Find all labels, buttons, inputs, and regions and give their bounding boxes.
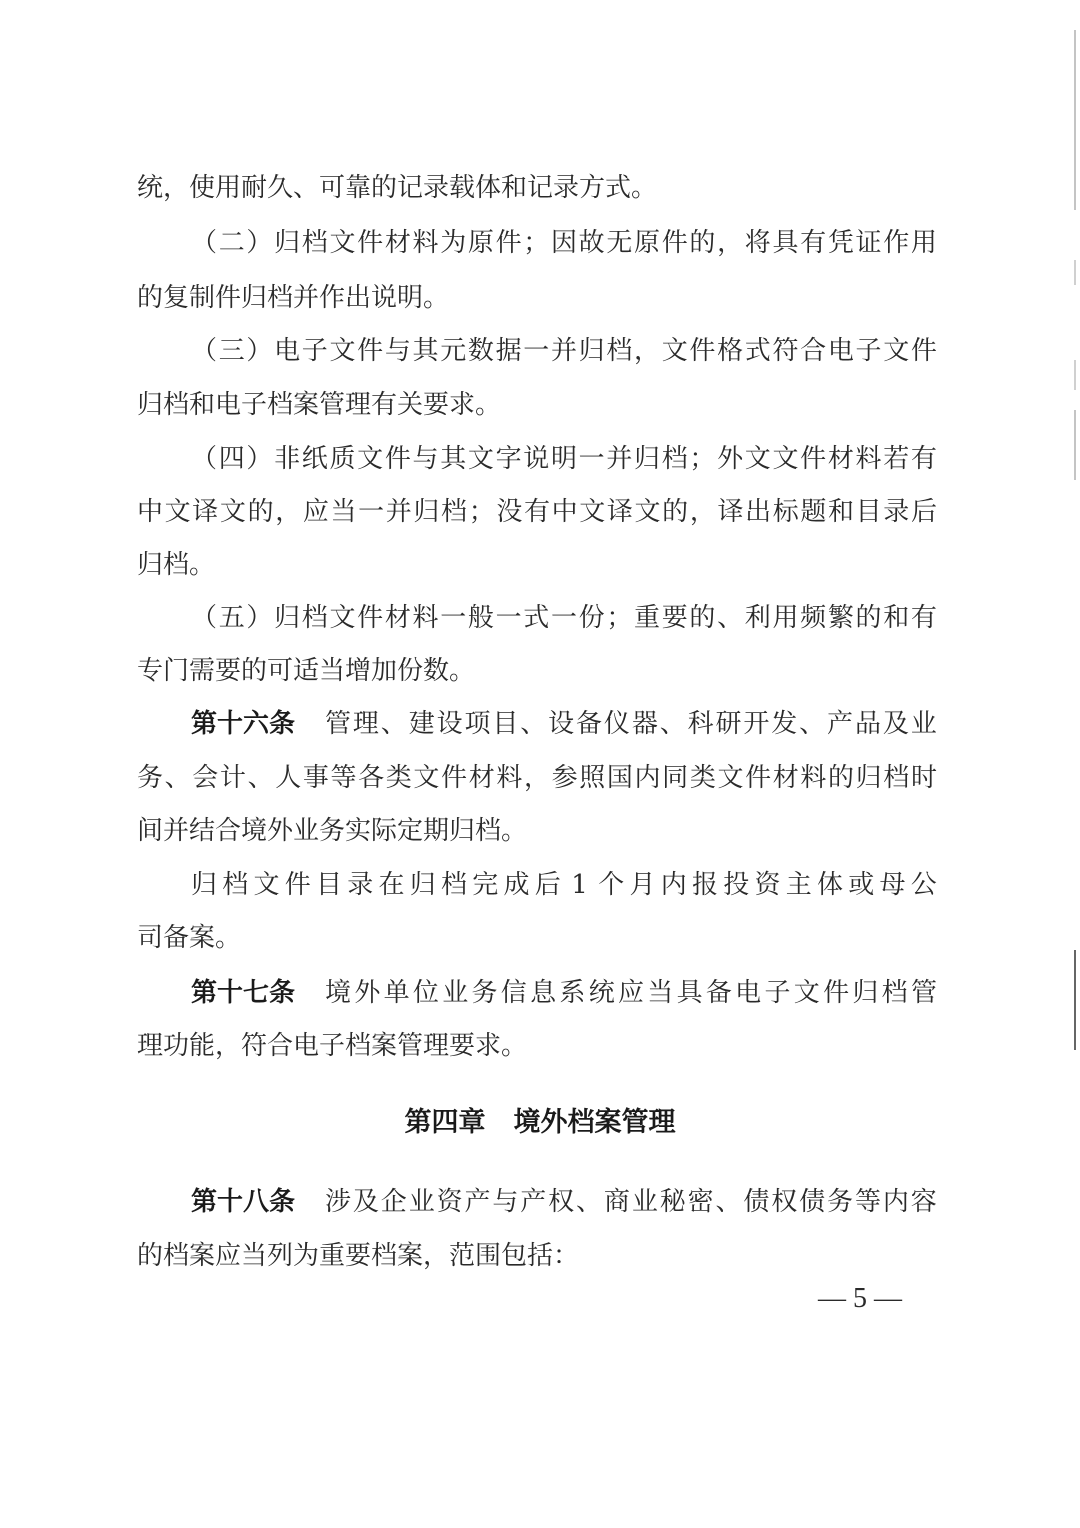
article-text: 涉及企业资产与产权、商业秘密、债权债务等内容 xyxy=(325,1186,937,1218)
chapter-title: 境外档案管理 xyxy=(514,1107,676,1138)
paragraph-line: （四）非纸质文件与其文字说明一并归档；外文文件材料若有 xyxy=(137,443,937,475)
article-label: 第十八条 xyxy=(191,1186,295,1218)
scan-edge-line xyxy=(1074,30,1076,210)
article-text: 境外单位业务信息系统应当具备电子文件归档管 xyxy=(325,977,937,1009)
scan-edge-line xyxy=(1074,950,1076,1050)
article-text: 管理、建设项目、设备仪器、科研开发、产品及业 xyxy=(325,708,937,740)
page-number: — 5 — xyxy=(818,1282,902,1316)
paragraph-line: （三）电子文件与其元数据一并归档，文件格式符合电子文件 xyxy=(137,335,937,367)
scan-edge-line xyxy=(1074,360,1076,390)
paragraph-line: （五）归档文件材料一般一式一份；重要的、利用频繁的和有 xyxy=(137,602,937,634)
paragraph-line: （二）归档文件材料为原件；因故无原件的，将具有凭证作用 xyxy=(137,227,937,259)
paragraph-line: 的复制件归档并作出说明。 xyxy=(137,282,937,314)
paragraph-line: 中文译文的，应当一并归档；没有中文译文的，译出标题和目录后 xyxy=(137,496,937,528)
paragraph-line: 间并结合境外业务实际定期归档。 xyxy=(137,815,937,847)
paragraph-line: 的档案应当列为重要档案，范围包括： xyxy=(137,1240,937,1272)
paragraph-line: 归档。 xyxy=(137,549,937,581)
scan-edge-line xyxy=(1074,260,1076,285)
paragraph-line: 归档和电子档案管理有关要求。 xyxy=(137,389,937,421)
article-line: 第十七条 境外单位业务信息系统应当具备电子文件归档管 xyxy=(137,977,937,1009)
chapter-heading: 第四章境外档案管理 xyxy=(0,1106,1080,1140)
article-line: 第十六条 管理、建设项目、设备仪器、科研开发、产品及业 xyxy=(137,708,937,740)
paragraph-line: 统，使用耐久、可靠的记录载体和记录方式。 xyxy=(137,172,937,204)
article-label: 第十六条 xyxy=(191,708,295,740)
paragraph-line: 理功能，符合电子档案管理要求。 xyxy=(137,1030,937,1062)
paragraph-line: 归档文件目录在归档完成后 1 个月内报投资主体或母公 xyxy=(137,869,937,901)
scan-edge-line xyxy=(1074,410,1076,480)
article-label: 第十七条 xyxy=(191,977,295,1009)
paragraph-line: 专门需要的可适当增加份数。 xyxy=(137,655,937,687)
document-page: 统，使用耐久、可靠的记录载体和记录方式。 （二）归档文件材料为原件；因故无原件的… xyxy=(0,0,1080,1528)
paragraph-line: 务、会计、人事等各类文件材料，参照国内同类文件材料的归档时 xyxy=(137,762,937,794)
chapter-number: 第四章 xyxy=(405,1107,486,1138)
article-line: 第十八条 涉及企业资产与产权、商业秘密、债权债务等内容 xyxy=(137,1186,937,1218)
paragraph-line: 司备案。 xyxy=(137,922,937,954)
